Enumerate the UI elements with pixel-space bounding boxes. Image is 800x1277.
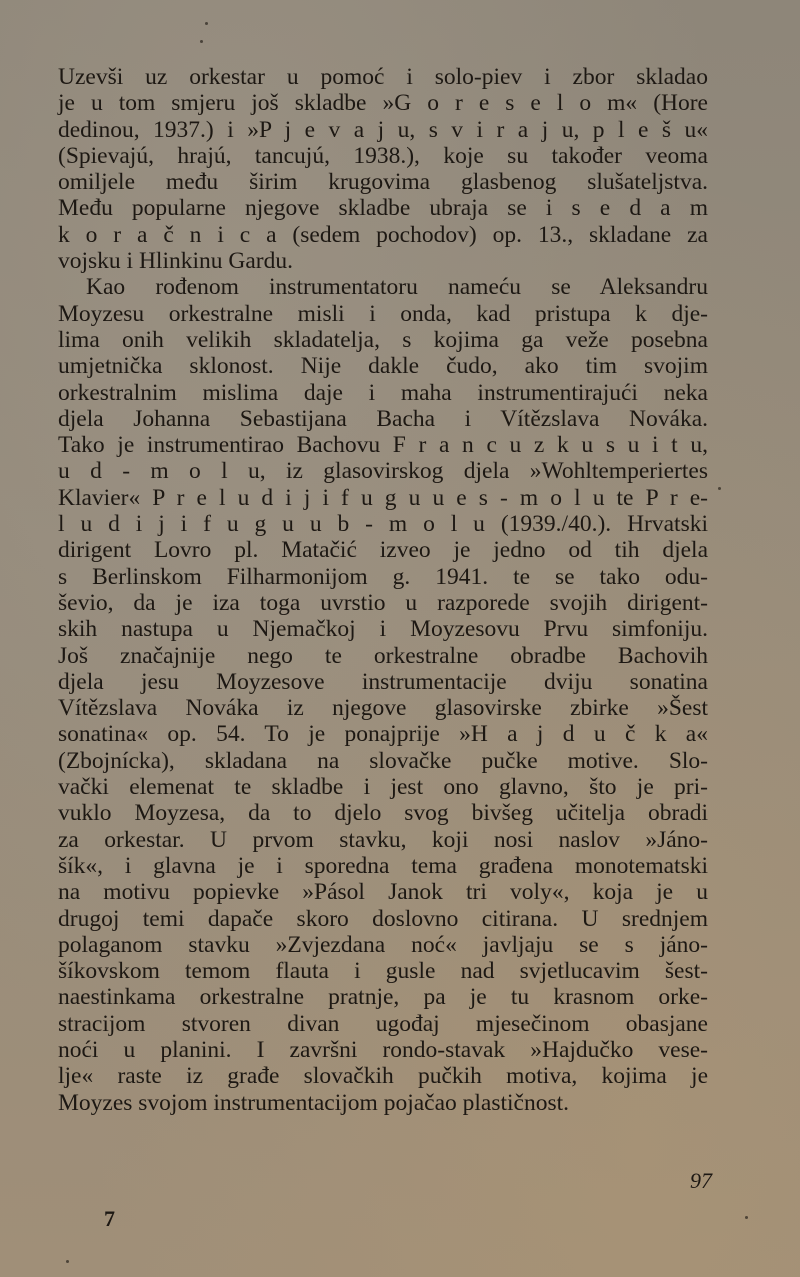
text-line: ševio, da je iza toga uvrstio u razpored…: [58, 590, 708, 616]
book-page: Uzevši uz orkestar u pomoć i solo-piev i…: [0, 0, 800, 1277]
text-line: k o r a č n i c a (sedem pochodov) op. 1…: [58, 222, 708, 248]
text-line: dirigent Lovro pl. Matačić izveo je jedn…: [58, 537, 708, 563]
text-line: Među popularne njegove skladbe ubraja se…: [58, 195, 708, 221]
text-line: Uzevši uz orkestar u pomoć i solo-piev i…: [58, 64, 708, 90]
text-line: šík«, i glavna je i sporedna tema građen…: [58, 853, 708, 879]
text-line: (Spievajú, hrajú, tancujú, 1938.), koje …: [58, 143, 708, 169]
text-line: s Berlinskom Filharmonijom g. 1941. te s…: [58, 564, 708, 590]
text-line: djela Johanna Sebastijana Bacha i Vítězs…: [58, 406, 708, 432]
text-line: stracijom stvoren divan ugođaj mjesečino…: [58, 1011, 708, 1037]
text-line: za orkestar. U prvom stavku, koji nosi n…: [58, 827, 708, 853]
paper-speck: [205, 22, 208, 25]
text-line: vojsku i Hlinkinu Gardu.: [58, 248, 708, 274]
page-number: 97: [690, 1168, 712, 1194]
text-line: Moyzesu orkestralne misli i onda, kad pr…: [58, 301, 708, 327]
text-line: šíkovskom temom flauta i gusle nad svjet…: [58, 958, 708, 984]
text-line: naestinkama orkestralne pratnje, pa je t…: [58, 984, 708, 1010]
text-line: umjetnička sklonost. Nije dakle čudo, ak…: [58, 353, 708, 379]
text-line: na motivu popievke »Pásol Janok tri voly…: [58, 879, 708, 905]
signature-mark: 7: [104, 1206, 115, 1232]
text-line: u d - m o l u, iz glasovirskog djela »Wo…: [58, 458, 708, 484]
paragraph-2: Kao rođenom instrumentatoru nameću se Al…: [58, 274, 708, 1116]
text-line: noći u planini. I završni rondo-stavak »…: [58, 1037, 708, 1063]
text-line: skih nastupa u Njemačkoj i Moyzesovu Prv…: [58, 616, 708, 642]
text-line: Još značajnije nego te orkestralne obrad…: [58, 643, 708, 669]
text-line: drugoj temi dapače skoro doslovno citira…: [58, 906, 708, 932]
text-line: (Zbojnícka), skladana na slovačke pučke …: [58, 748, 708, 774]
text-line: Tako je instrumentirao Bachovu F r a n c…: [58, 432, 708, 458]
text-line: vuklo Moyzesa, da to djelo svog bivšeg u…: [58, 800, 708, 826]
text-line: polaganom stavku »Zvjezdana noć« javljaj…: [58, 932, 708, 958]
text-line: l u d i j i f u g u u b - m o l u (1939.…: [58, 511, 708, 537]
text-line: Kao rođenom instrumentatoru nameću se Al…: [58, 274, 708, 300]
text-line: omiljele među širim krugovima glasbenog …: [58, 169, 708, 195]
text-line: vački elemenat te skladbe i jest ono gla…: [58, 774, 708, 800]
text-line: lima onih velikih skladatelja, s kojima …: [58, 327, 708, 353]
text-line: sonatina« op. 54. To je ponajprije »H a …: [58, 721, 708, 747]
text-line: djela jesu Moyzesove instrumentacije dvi…: [58, 669, 708, 695]
paragraph-1: Uzevši uz orkestar u pomoć i solo-piev i…: [58, 64, 708, 274]
text-line: Moyzes svojom instrumentacijom pojačao p…: [58, 1090, 708, 1116]
paper-speck: [200, 40, 203, 43]
text-line: je u tom smjeru još skladbe »G o r e s e…: [58, 90, 708, 116]
text-line: lje« raste iz građe slovačkih pučkih mot…: [58, 1063, 708, 1089]
text-line: Klavier« P r e l u d i j i f u g u u e s…: [58, 485, 708, 511]
text-line: Vítězslava Nováka iz njegove glasovirske…: [58, 695, 708, 721]
text-line: orkestralnim mislima daje i maha instrum…: [58, 380, 708, 406]
paper-speck: [66, 1260, 69, 1263]
text-line: dedinou, 1937.) i »P j e v a j u, s v i …: [58, 117, 708, 143]
paper-speck: [718, 487, 721, 490]
body-text: Uzevši uz orkestar u pomoć i solo-piev i…: [58, 64, 708, 1116]
paper-speck: [745, 1216, 748, 1219]
